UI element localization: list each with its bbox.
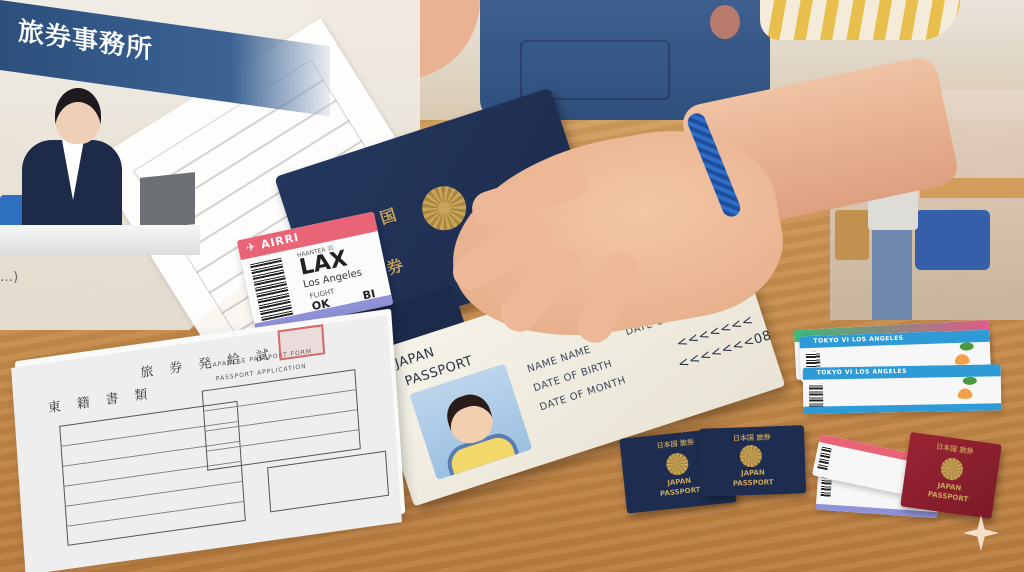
form-title-left: 東 籍 書 類 [47,382,154,416]
office-sign-text: 旅券事務所 [18,11,153,67]
barcode-icon [250,258,293,321]
form-table-right [202,369,361,471]
mini-passport-2: 日本国 旅券 JAPAN PASSPORT [699,425,806,497]
application-form: 東 籍 書 類 旅 券 発 給 試 JAPANESE PASSPORT FORM… [15,309,406,567]
chrysanthemum-icon [739,445,762,468]
overall-button [710,5,740,39]
blue-bench [915,210,990,270]
office-counter [0,225,200,255]
red-stamp [278,324,326,360]
palm-tree-icon [950,348,975,365]
chrysanthemum-icon [939,457,964,482]
laptop [140,172,195,230]
ticket-2: TOKYO VI LOS ANGELES [803,364,1002,413]
striped-shirt [760,0,960,40]
barcode-icon [809,383,823,407]
form-notes-box [267,451,389,513]
person-legs [872,225,912,320]
palm-tree-icon [953,383,977,399]
sparkle-icon [963,515,999,551]
chrysanthemum-icon [665,452,689,476]
shopping-bag [835,210,869,260]
photo-scene: (…) 旅券事務所 日本国 旅券 JAPAN PASSPORT NAME NAM… [0,0,1024,572]
mini-passport-red: 日本国 旅券 JAPAN PASSPORT [900,432,1002,519]
officer-head [55,88,101,144]
document-label: (…) [0,270,18,285]
